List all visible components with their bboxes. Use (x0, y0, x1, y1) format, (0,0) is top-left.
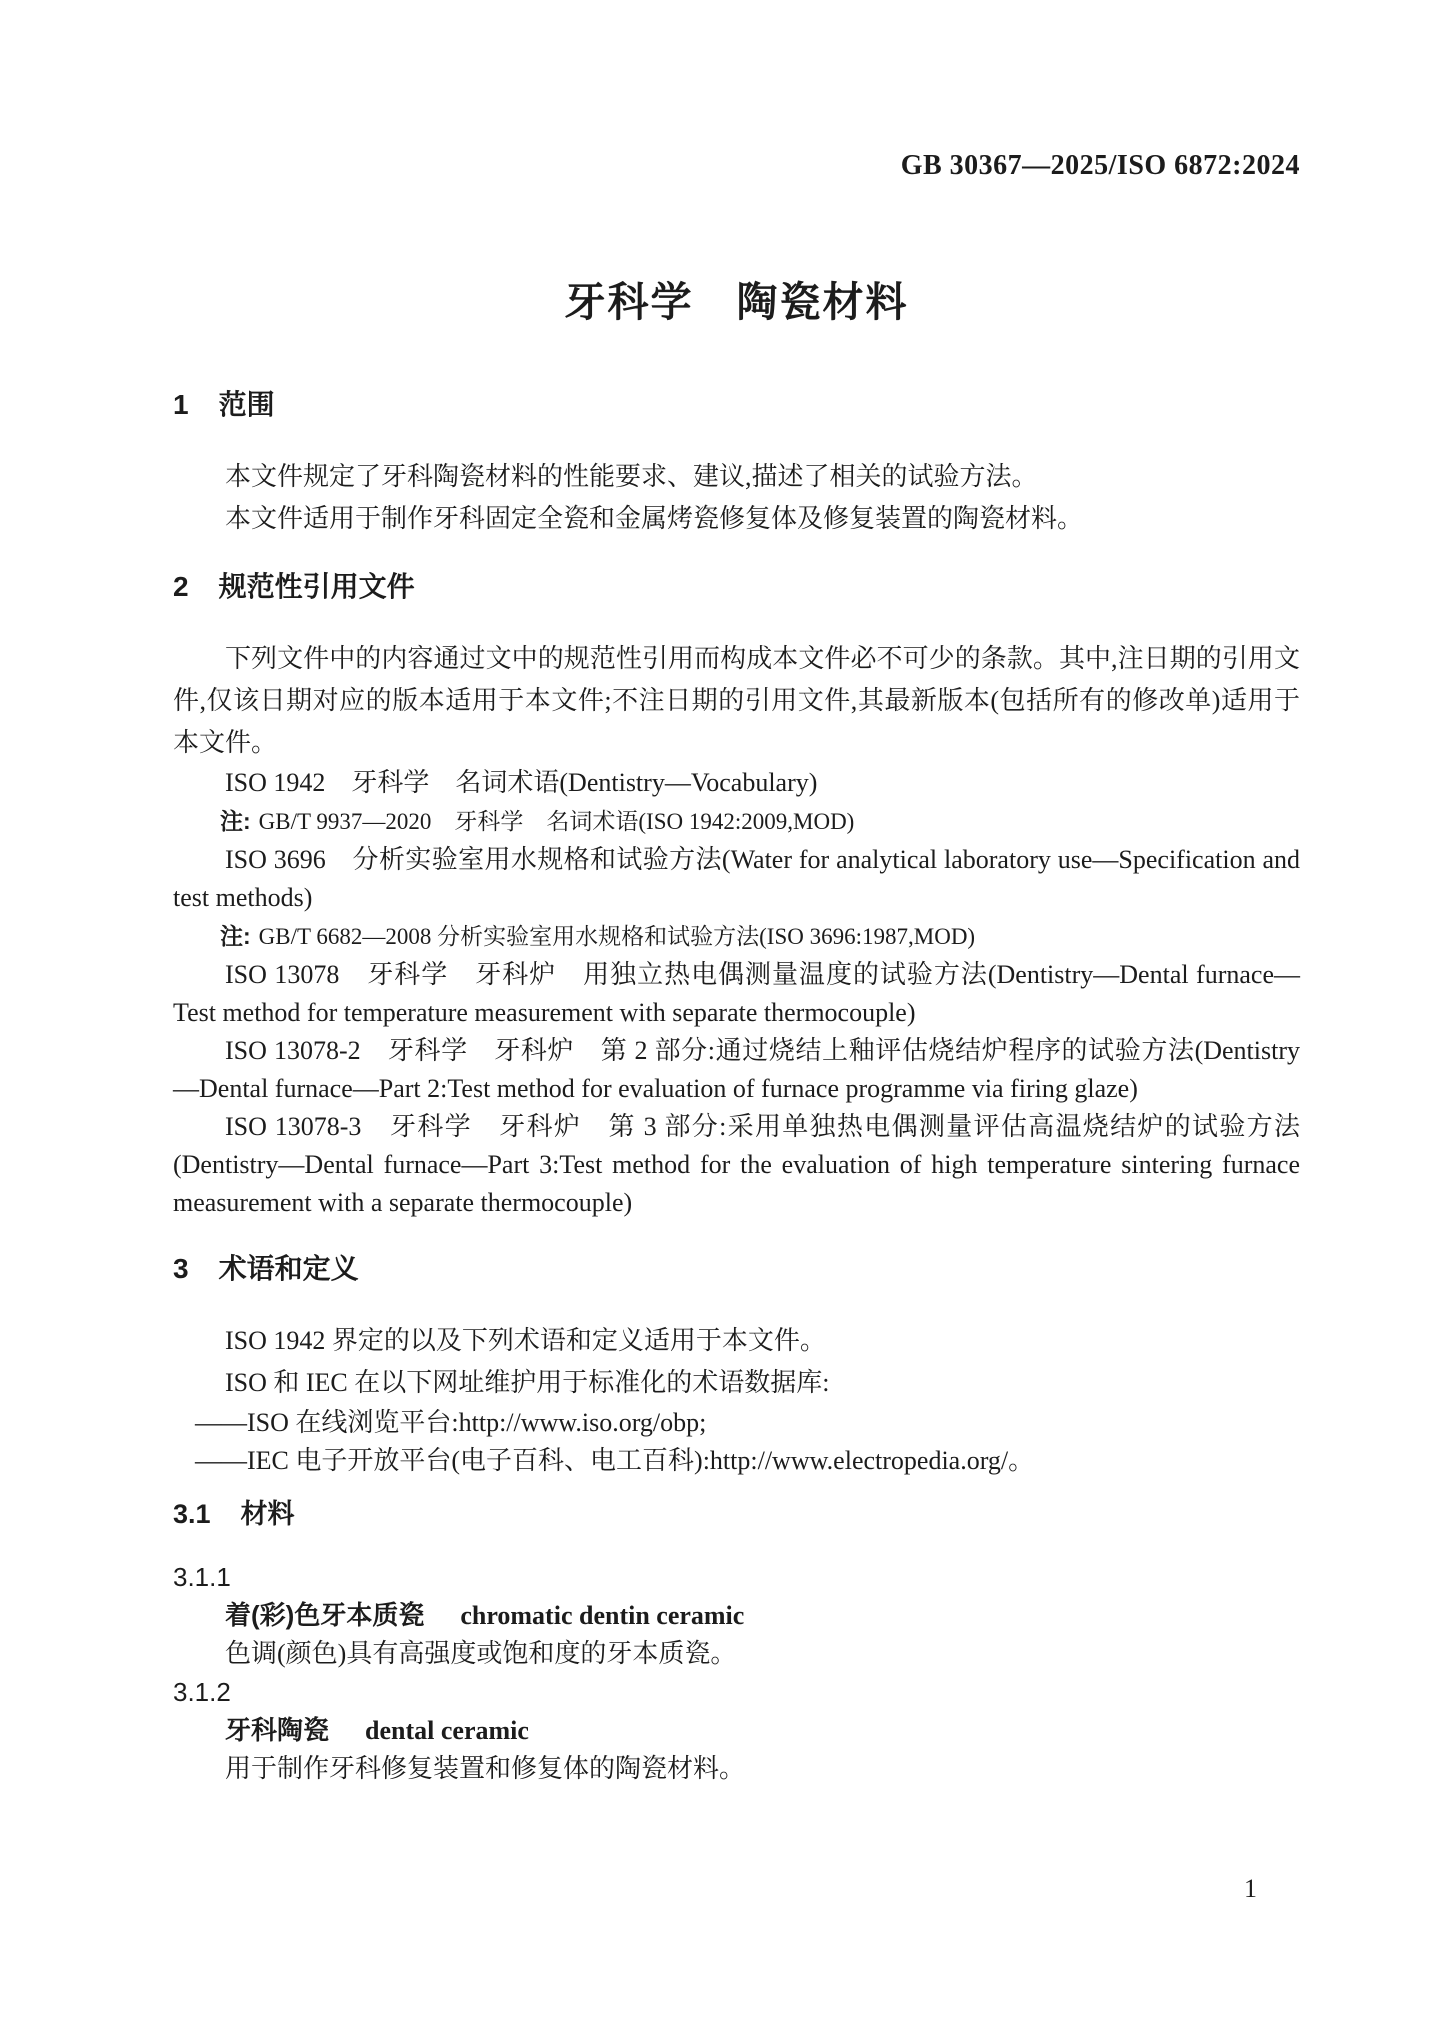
subclause-heading: 3.1材料 (173, 1496, 1300, 1532)
clause-number: 2 (173, 571, 189, 602)
term-number: 3.1.1 (173, 1558, 1300, 1596)
clause-heading: 1范围 (173, 386, 1300, 424)
clause-number: 3 (173, 1253, 189, 1284)
paragraph: 本文件规定了牙科陶瓷材料的性能要求、建议,描述了相关的试验方法。 (173, 456, 1300, 498)
document-title: 牙科学 陶瓷材料 (173, 278, 1300, 326)
term-definition: 用于制作牙科修复装置和修复体的陶瓷材料。 (173, 1750, 1300, 1788)
reference-item: ISO 3696 分析实验室用水规格和试验方法(Water for analyt… (173, 841, 1300, 917)
reference-item: ISO 13078-2 牙科学 牙科炉 第 2 部分:通过烧结上釉评估烧结炉程序… (173, 1032, 1300, 1108)
clause-number: 3.1 (173, 1499, 211, 1529)
reference-item: ISO 1942 牙科学 名词术语(Dentistry—Vocabulary) (173, 764, 1300, 802)
term-english: dental ceramic (365, 1716, 529, 1745)
reference-item: ISO 13078 牙科学 牙科炉 用独立热电偶测量温度的试验方法(Dentis… (173, 956, 1300, 1032)
clause-title: 范围 (219, 389, 275, 420)
paragraph: ISO 1942 界定的以及下列术语和定义适用于本文件。 (173, 1320, 1300, 1362)
clause-heading: 3术语和定义 (173, 1250, 1300, 1288)
term-line: 着(彩)色牙本质瓷chromatic dentin ceramic (173, 1596, 1300, 1635)
standard-document-page: GB 30367—2025/ISO 6872:2024 牙科学 陶瓷材料 1范围… (0, 0, 1445, 2044)
term-chinese: 着(彩)色牙本质瓷 (225, 1600, 424, 1630)
clause-heading: 2规范性引用文件 (173, 568, 1300, 606)
note: 注:GB/T 9937—2020 牙科学 名词术语(ISO 1942:2009,… (173, 802, 1300, 841)
term-number: 3.1.2 (173, 1673, 1300, 1711)
note-label: 注: (220, 923, 251, 949)
dash-item: ——ISO 在线浏览平台:http://www.iso.org/obp; (173, 1404, 1300, 1442)
document-blocks: 1范围本文件规定了牙科陶瓷材料的性能要求、建议,描述了相关的试验方法。本文件适用… (173, 386, 1300, 1788)
dash-item: ——IEC 电子开放平台(电子百科、电工百科):http://www.elect… (173, 1442, 1300, 1480)
clause-title: 术语和定义 (219, 1253, 359, 1284)
term-english: chromatic dentin ceramic (460, 1601, 744, 1630)
paragraph: 下列文件中的内容通过文中的规范性引用而构成本文件必不可少的条款。其中,注日期的引… (173, 638, 1300, 764)
term-line: 牙科陶瓷dental ceramic (173, 1711, 1300, 1750)
note-label: 注: (220, 808, 251, 834)
term-chinese: 牙科陶瓷 (225, 1715, 329, 1745)
paragraph: 本文件适用于制作牙科固定全瓷和金属烤瓷修复体及修复装置的陶瓷材料。 (173, 498, 1300, 540)
standard-code-header: GB 30367—2025/ISO 6872:2024 (173, 148, 1300, 184)
term-definition: 色调(颜色)具有高强度或饱和度的牙本质瓷。 (173, 1635, 1300, 1673)
clause-number: 1 (173, 389, 189, 420)
paragraph: ISO 和 IEC 在以下网址维护用于标准化的术语数据库: (173, 1362, 1300, 1404)
page-number: 1 (1244, 1874, 1257, 1904)
clause-title: 规范性引用文件 (219, 571, 415, 602)
reference-item: ISO 13078-3 牙科学 牙科炉 第 3 部分:采用单独热电偶测量评估高温… (173, 1108, 1300, 1222)
page-content: GB 30367—2025/ISO 6872:2024 牙科学 陶瓷材料 1范围… (173, 0, 1300, 1788)
clause-title: 材料 (241, 1499, 295, 1529)
note: 注:GB/T 6682—2008 分析实验室用水规格和试验方法(ISO 3696… (173, 917, 1300, 956)
